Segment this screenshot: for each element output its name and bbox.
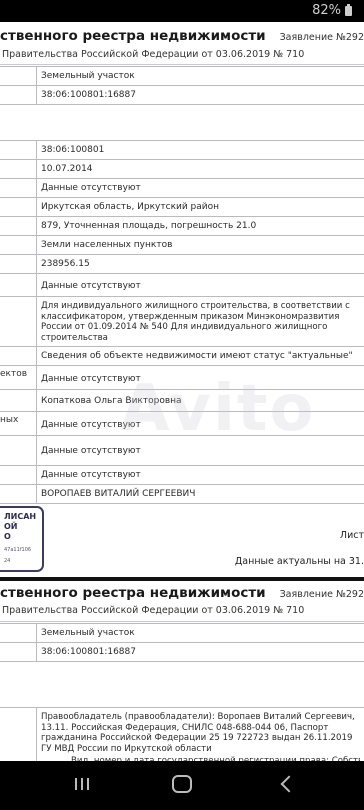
table-row: Правообладатель (правообладатели): Вороп… [0,707,364,761]
row-label [0,67,37,85]
stamp-line: О [4,532,42,542]
row-value: Данные отсутствуют [37,179,364,197]
row-label: ектов [0,366,37,389]
row-value: 38:06:100801 [37,141,364,159]
table-row: Данные отсутствуют [0,466,364,485]
table-row: Земли населенных пунктов [0,236,364,255]
battery-indicator: 82% [312,3,352,18]
row-value: Земельный участок [37,67,364,85]
row-value: 879, Уточненная площадь, погрешность 21.… [37,217,364,235]
row-label [0,624,37,642]
table-row: Данные отсутствуют [0,274,364,297]
row-label [0,708,37,761]
home-button[interactable] [172,775,192,793]
row-label [0,390,37,411]
stamp-certificate: 47a11f106 [4,547,42,553]
table-row: 38:06:100801 [0,140,364,160]
table-row: Земельный участок [0,66,364,86]
stamp-date: 24 [4,558,42,564]
row-label [0,297,37,346]
row-label [0,141,37,159]
table-row: 38:06:100801:16887 [0,86,364,105]
row-label [0,347,37,365]
row-label [0,198,37,216]
actual-date-label: Данные актуальны на 31. [235,556,364,567]
document-subtitle: Правительства Российской Федерации от 03… [2,605,304,616]
table-row: 238956.15 [0,255,364,274]
document-page-1: ственного реестра недвижимости Заявление… [0,22,364,577]
table-row: Иркутская область, Иркутский район [0,198,364,217]
document-subtitle: Правительства Российской Федерации от 03… [2,49,304,60]
row-label [0,274,37,296]
stamp-line: ОЙ [4,522,42,532]
back-button[interactable] [278,775,294,793]
row-label [0,255,37,273]
row-label [0,86,37,104]
row-value: Для индивидуального жилищного строительс… [37,297,364,346]
row-value: 38:06:100801:16887 [37,86,364,104]
rights-table: Правообладатель (правообладатели): Вороп… [0,707,364,761]
row-label [0,179,37,197]
header-divider [0,64,364,65]
row-value: Данные отсутствуют [37,274,364,296]
recent-apps-icon [87,778,89,790]
android-nav-bar [0,761,364,810]
row-value: 238956.15 [37,255,364,273]
recent-apps-button[interactable] [72,775,92,793]
table-row: ВОРОПАЕВ ВИТАЛИЙ СЕРГЕЕВИЧ [0,485,364,504]
rights-holder-text: Правообладатель (правообладатели): Вороп… [41,712,355,754]
table-row: Земельный участок [0,623,364,643]
table-row: Для индивидуального жилищного строительс… [0,297,364,347]
row-label [0,436,37,465]
row-value: Земли населенных пунктов [37,236,364,254]
application-number: Заявление №292 [280,32,364,43]
status-bar: 82% [0,0,364,22]
row-label [0,643,37,661]
document-title: ственного реестра недвижимости [0,585,266,601]
application-number: Заявление №292 [280,589,364,600]
watermark: Avito [120,372,315,446]
row-label: ных [0,412,37,435]
battery-percent: 82% [312,3,341,18]
row-label [0,466,37,484]
row-value: 10.07.2014 [37,160,364,178]
row-label [0,217,37,235]
table-row: Сведения об объекте недвижимости имеют с… [0,347,364,366]
table-row: 879, Уточненная площадь, погрешность 21.… [0,217,364,236]
stamp-line: ЛИСАН [4,512,42,522]
property-details-table: 38:06:100801 10.07.2014 Данные отсутству… [0,140,364,504]
header-divider [0,621,364,622]
table-row: 38:06:100801:16887 [0,643,364,662]
row-value: 38:06:100801:16887 [37,643,364,661]
sheet-label: Лист [340,530,364,541]
row-label [0,485,37,503]
battery-icon [345,6,352,16]
row-label [0,160,37,178]
row-value: Земельный участок [37,624,364,642]
row-value: Иркутская область, Иркутский район [37,198,364,216]
row-value: ВОРОПАЕВ ВИТАЛИЙ СЕРГЕЕВИЧ [37,485,364,503]
table-row: Данные отсутствуют [0,179,364,198]
object-type-table: Земельный участок 38:06:100801:16887 [0,66,364,105]
table-row: 10.07.2014 [0,160,364,179]
row-value: Сведения об объекте недвижимости имеют с… [37,347,364,365]
rights-holder-value: Правообладатель (правообладатели): Вороп… [37,708,364,761]
document-page-2: ственного реестра недвижимости Заявление… [0,581,364,761]
signature-stamp: ЛИСАН ОЙ О 47a11f106 24 [0,506,44,572]
document-title: ственного реестра недвижимости [0,28,266,44]
recent-apps-icon [75,778,77,790]
row-label [0,236,37,254]
row-value: Данные отсутствуют [37,466,364,484]
object-type-table: Земельный участок 38:06:100801:16887 [0,623,364,662]
recent-apps-icon [81,778,83,790]
